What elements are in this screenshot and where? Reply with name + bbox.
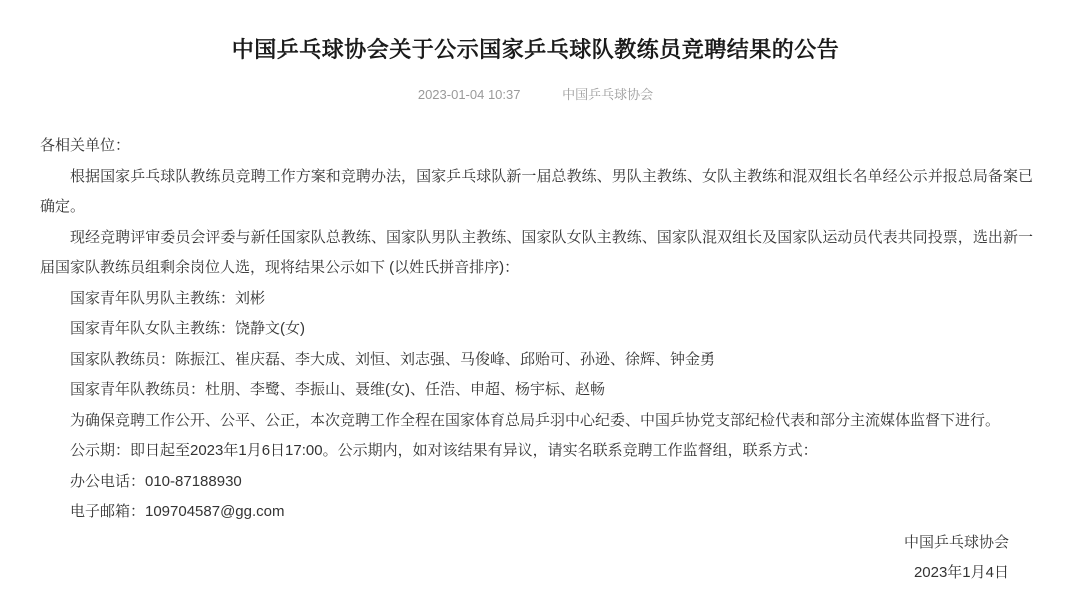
salutation: 各相关单位： — [40, 131, 1033, 162]
body-paragraph-youth-men-head-coach: 国家青年队男队主教练：刘彬 — [40, 284, 1033, 315]
body-paragraph-office-phone: 办公电话：010-87188930 — [40, 467, 1033, 498]
publish-datetime: 2023-01-04 10:37 — [418, 87, 521, 102]
body-paragraph-voting: 现经竞聘评审委员会评委与新任国家队总教练、国家队男队主教练、国家队女队主教练、国… — [40, 223, 1033, 284]
body-paragraph-supervision: 为确保竞聘工作公开、公平、公正，本次竞聘工作全程在国家体育总局乒羽中心纪委、中国… — [40, 406, 1033, 437]
body-paragraph-national-team-coaches: 国家队教练员：陈振江、崔庆磊、李大成、刘恒、刘志强、马俊峰、邱贻可、孙逊、徐辉、… — [40, 345, 1033, 376]
document-body: 各相关单位： 根据国家乒乓球队教练员竞聘工作方案和竞聘办法，国家乒乓球队新一届总… — [40, 131, 1033, 528]
body-paragraph-email: 电子邮箱：109704587@gg.com — [40, 497, 1033, 528]
body-paragraph-publicity-period: 公示期：即日起至2023年1月6日17:00。公示期内，如对该结果有异议，请实名… — [40, 436, 1033, 467]
page-title: 中国乒乓球协会关于公示国家乒乓球队教练员竞聘结果的公告 — [0, 0, 1071, 64]
signature-date: 2023年1月4日 — [40, 558, 1009, 589]
body-paragraph-youth-team-coaches: 国家青年队教练员：杜朋、李鹭、李振山、聂维(女)、任浩、申超、杨宇标、赵畅 — [40, 375, 1033, 406]
publish-source: 中国乒乓球协会 — [562, 87, 653, 102]
signature-org: 中国乒乓球协会 — [40, 528, 1009, 559]
body-paragraph-basis: 根据国家乒乓球队教练员竞聘工作方案和竞聘办法，国家乒乓球队新一届总教练、男队主教… — [40, 162, 1033, 223]
signature-block: 中国乒乓球协会 2023年1月4日 — [40, 528, 1009, 589]
publish-meta: 2023-01-04 10:37 中国乒乓球协会 — [0, 84, 1071, 103]
announcement-page: 中国乒乓球协会关于公示国家乒乓球队教练员竞聘结果的公告 2023-01-04 1… — [0, 0, 1071, 613]
body-paragraph-youth-women-head-coach: 国家青年队女队主教练：饶静文(女) — [40, 314, 1033, 345]
